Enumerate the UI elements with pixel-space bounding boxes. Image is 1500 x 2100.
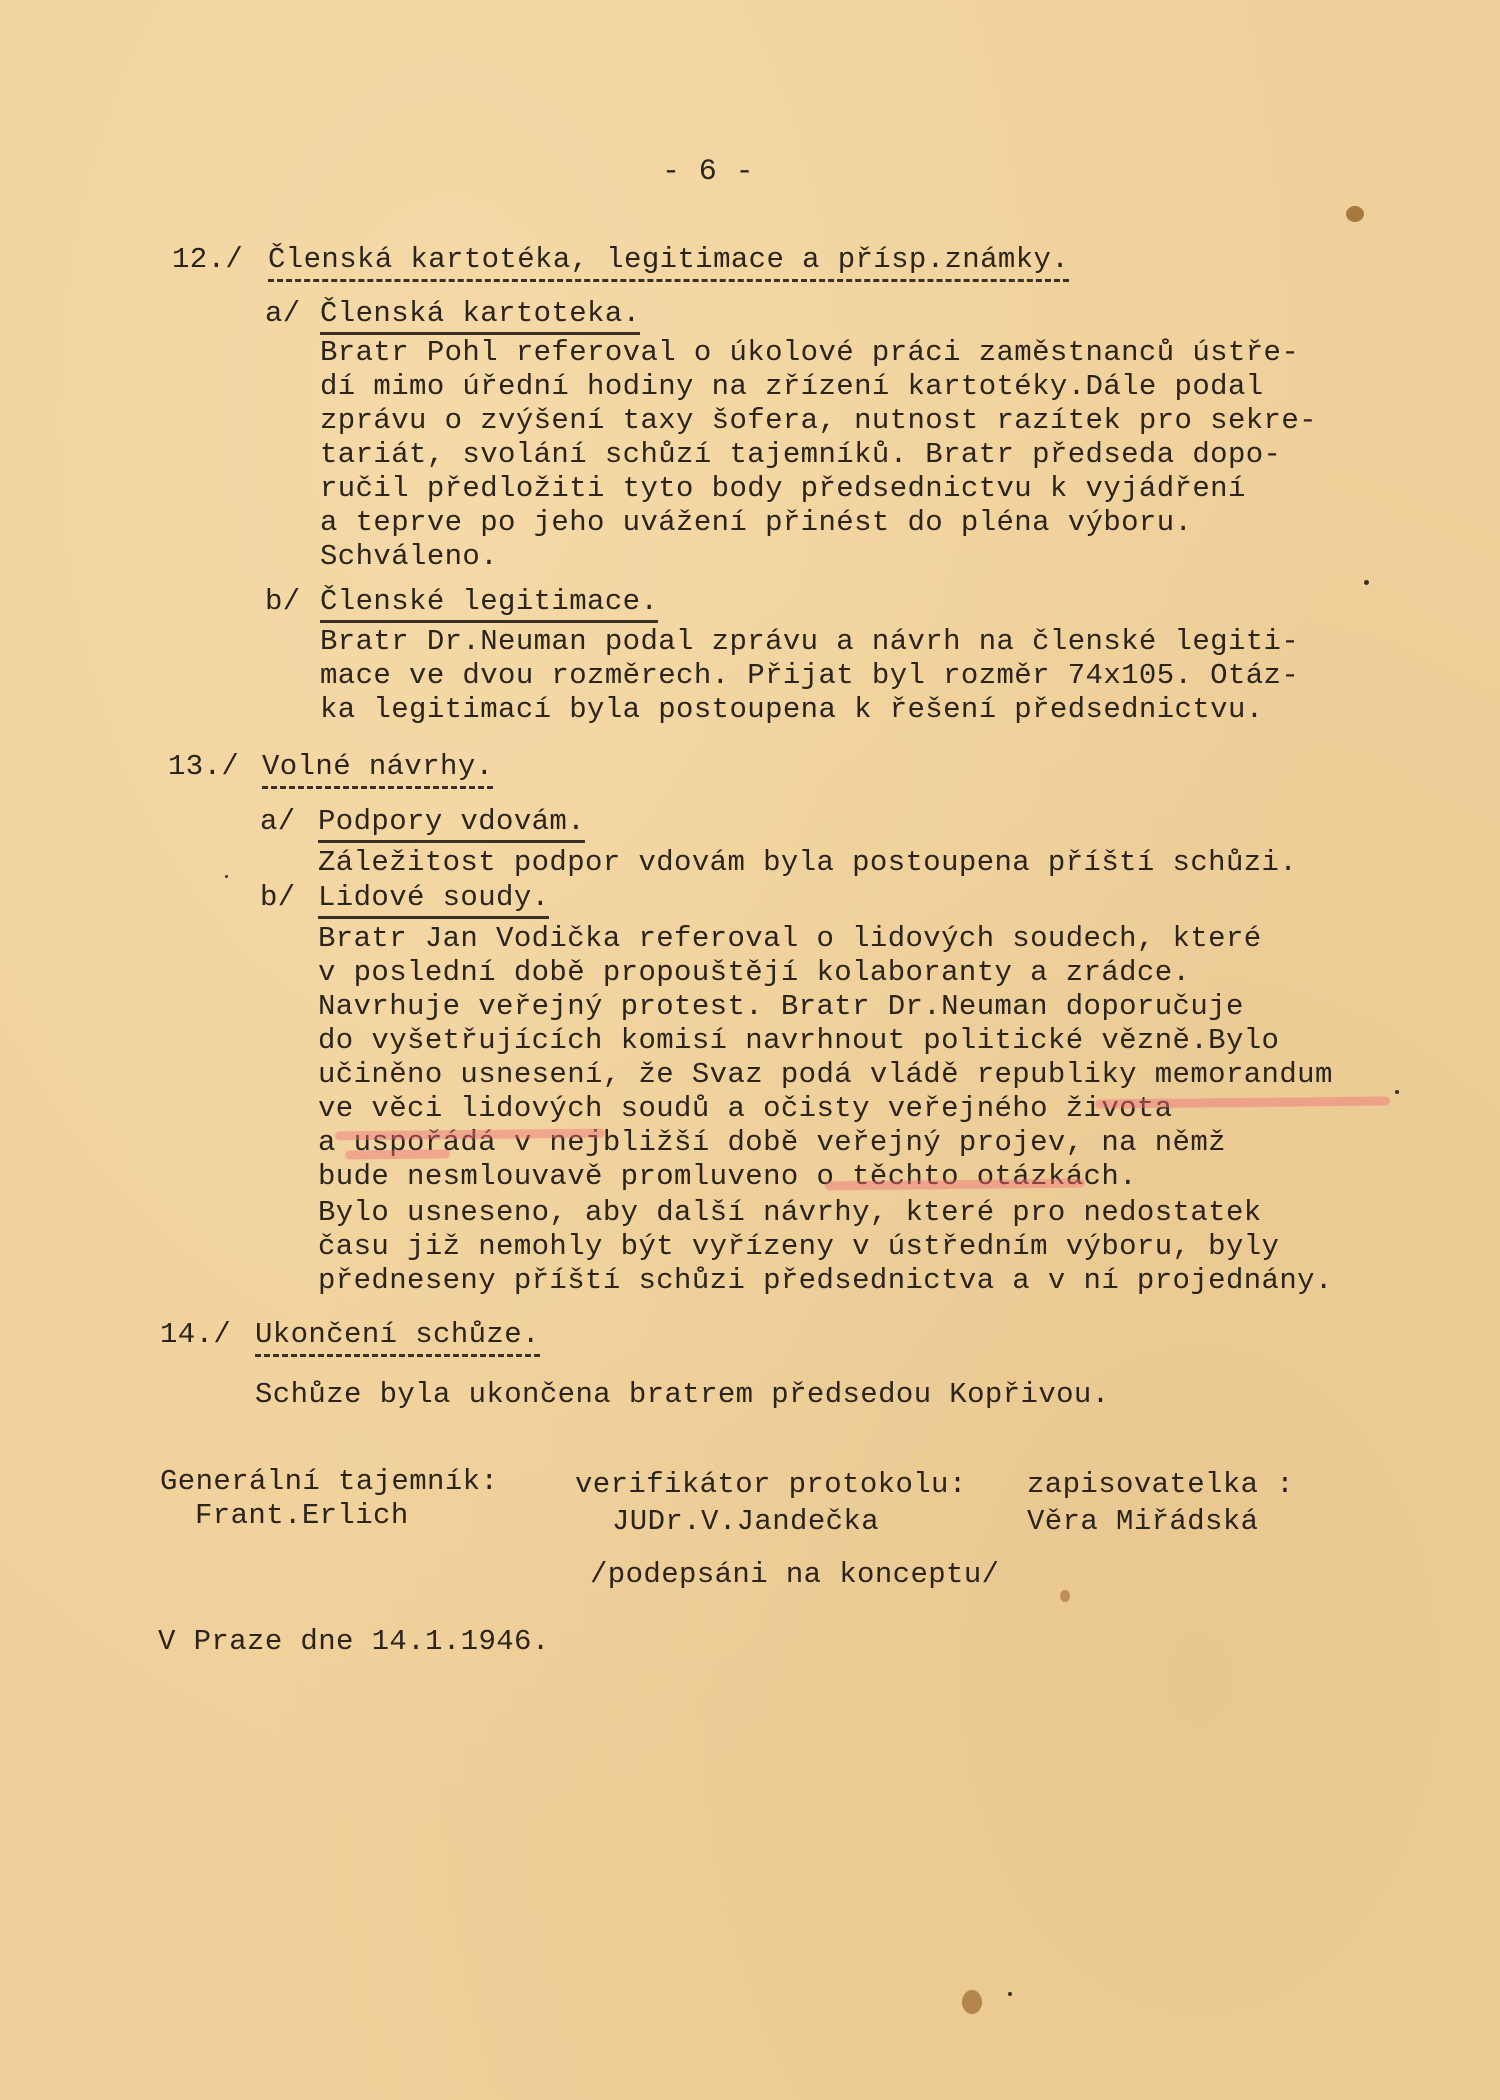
section-12a-line: ručil předložiti tyto body předsednictvu… — [320, 472, 1246, 506]
stain-spot — [962, 1990, 982, 2014]
stain-spot — [1346, 206, 1364, 222]
place-date: V Praze dne 14.1.1946. — [158, 1625, 550, 1659]
section-13b-line: předneseny příští schůzi předsednictva a… — [318, 1264, 1333, 1298]
section-13b-line: Bylo usneseno, aby další návrhy, které p… — [318, 1196, 1262, 1230]
document-page: - 6 - 12./ Členská kartotéka, legitimace… — [0, 0, 1500, 2100]
signature-name: Věra Miřádská — [1027, 1505, 1258, 1539]
section-13b-title: Lidové soudy. — [318, 881, 549, 919]
section-14-number: 14./ — [160, 1318, 231, 1352]
section-12b-label: b/ — [265, 585, 301, 619]
signature-role: zapisovatelka : — [1027, 1468, 1294, 1502]
page-number: - 6 - — [662, 155, 754, 189]
section-12-title: Členská kartotéka, legitimace a přísp.zn… — [268, 243, 1069, 282]
section-12b-line: ka legitimací byla postoupena k řešení p… — [320, 693, 1264, 727]
section-13b-line: Navrhuje veřejný protest. Bratr Dr.Neuma… — [318, 990, 1244, 1024]
speck — [225, 875, 228, 878]
section-12a-line: zprávu o zvýšení taxy šofera, nutnost ra… — [320, 404, 1317, 438]
section-13b-line: učiněno usnesení, že Svaz podá vládě rep… — [318, 1058, 1333, 1092]
section-14-text: Schůze byla ukončena bratrem předsedou K… — [255, 1378, 1110, 1412]
section-13b-label: b/ — [260, 881, 296, 915]
red-highlight-mark — [1095, 1096, 1390, 1108]
signature-role: verifikátor protokolu: — [575, 1468, 967, 1502]
section-13b-line: v poslední době propouštějí kolaboranty … — [318, 956, 1190, 990]
section-13b-line: bude nesmlouvavě promluveno o těchto otá… — [318, 1160, 1137, 1194]
section-13a-label: a/ — [260, 805, 296, 839]
section-12a-line: Schváleno. — [320, 540, 498, 574]
section-13a-title: Podpory vdovám. — [318, 805, 585, 843]
section-12-number: 12./ — [172, 243, 243, 277]
section-12a-label: a/ — [265, 297, 301, 331]
section-12b-line: mace ve dvou rozměrech. Přijat byl rozmě… — [320, 659, 1299, 693]
section-12a-line: Bratr Pohl referoval o úkolové práci zam… — [320, 336, 1299, 370]
speck — [1364, 580, 1369, 585]
section-12b-line: Bratr Dr.Neuman podal zprávu a návrh na … — [320, 625, 1299, 659]
section-12a-title: Členská kartoteka. — [320, 297, 640, 335]
section-12a-line: a teprve po jeho uvážení přinést do plén… — [320, 506, 1192, 540]
section-13b-line: ve věci lidových soudů a očisty veřejnéh… — [318, 1092, 1173, 1126]
section-13-number: 13./ — [168, 750, 239, 784]
section-13-title: Volné návrhy. — [262, 750, 493, 789]
section-13b-line: do vyšetřujících komisí navrhnout politi… — [318, 1024, 1279, 1058]
signature-role: Generální tajemník: — [160, 1465, 498, 1499]
section-12a-line: tariát, svolání schůzí tajemníků. Bratr … — [320, 438, 1281, 472]
stain-spot — [1060, 1590, 1070, 1602]
speck — [1395, 1090, 1399, 1094]
signature-name: JUDr.V.Jandečka — [612, 1505, 879, 1539]
red-highlight-mark — [345, 1149, 450, 1159]
section-12a-line: dí mimo úřední hodiny na zřízení kartoté… — [320, 370, 1264, 404]
section-12b-title: Členské legitimace. — [320, 585, 658, 623]
speck — [1008, 1992, 1012, 1996]
section-14-title: Ukončení schůze. — [255, 1318, 540, 1357]
section-13b-line: Bratr Jan Vodička referoval o lidových s… — [318, 922, 1262, 956]
signed-note: /podepsáni na konceptu/ — [590, 1558, 999, 1592]
signature-name: Frant.Erlich — [195, 1499, 409, 1533]
section-13a-line: Záležitost podpor vdovám byla postoupena… — [318, 846, 1297, 880]
section-13b-line: času již nemohly být vyřízeny v ústřední… — [318, 1230, 1279, 1264]
